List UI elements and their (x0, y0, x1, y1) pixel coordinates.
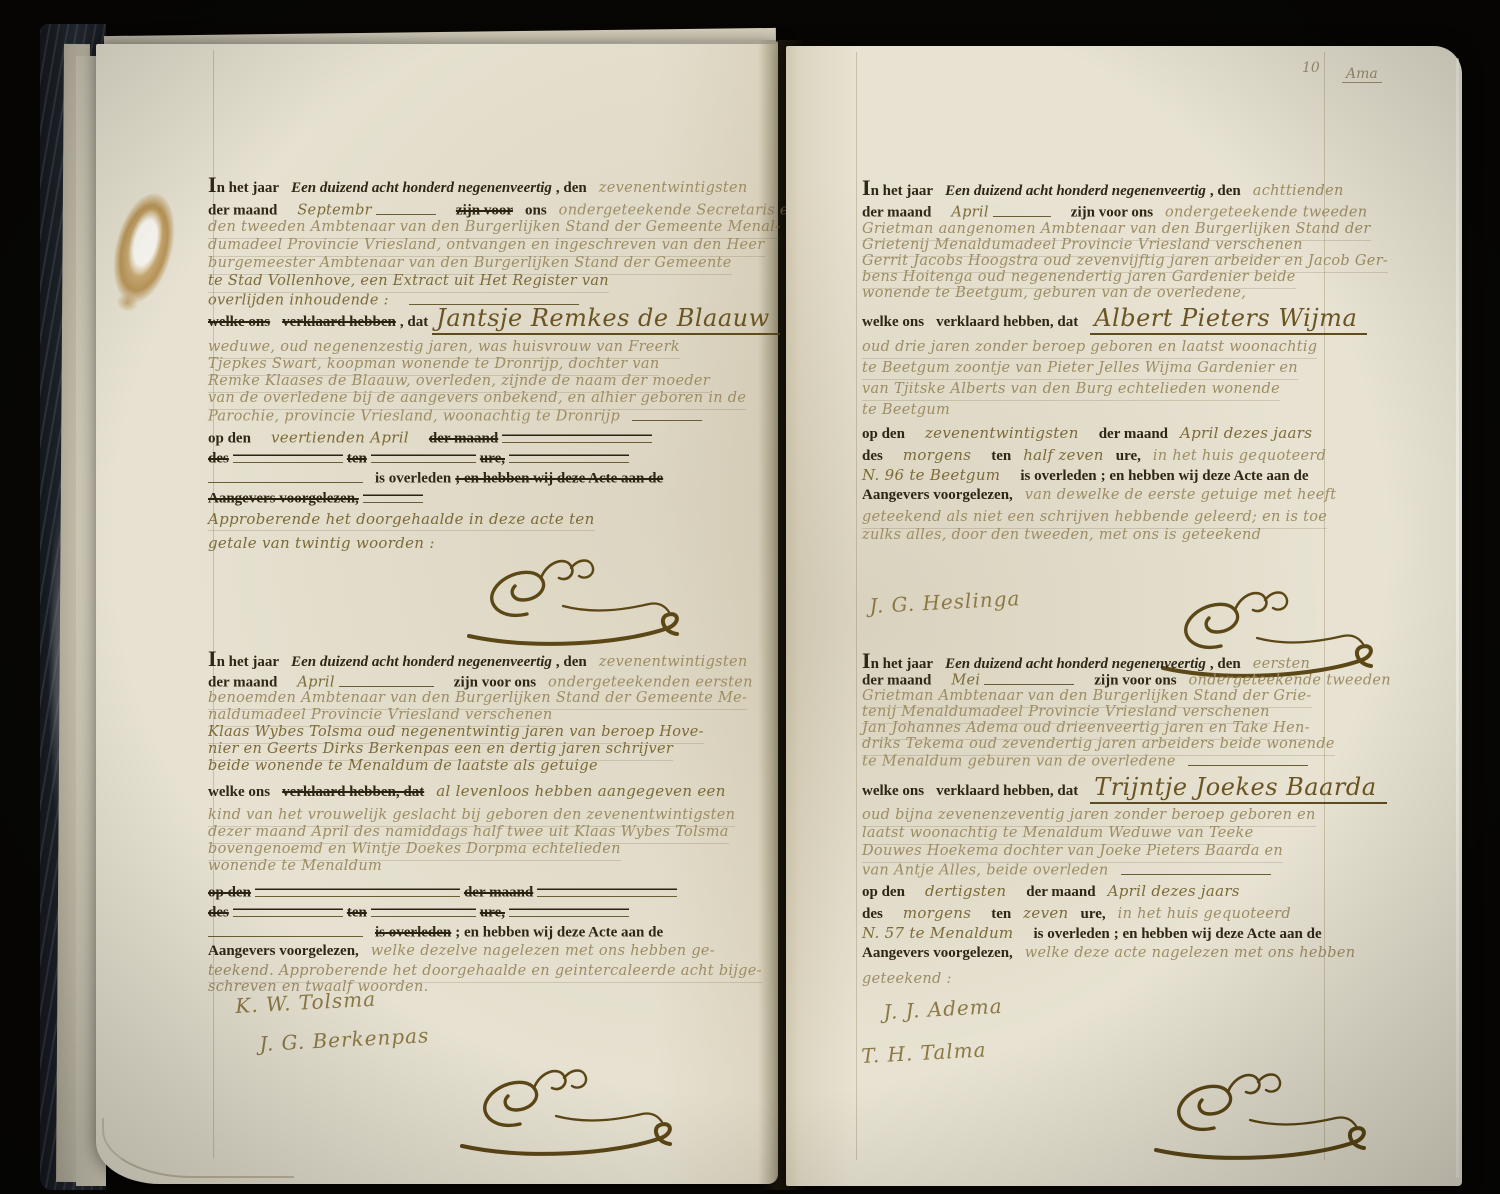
printed-aangevers-struck: Aangevers voorgelezen, (208, 491, 359, 507)
handwritten-line: Tjepkes Swart, koopman wonende te Dronri… (208, 356, 659, 372)
handwritten-death-date: veertienden April (271, 429, 409, 447)
handwritten-line: nier en Geerts Dirks Berkenpas een en de… (208, 741, 673, 757)
handwritten-death-day: zevenentwintigsten (925, 424, 1079, 442)
handwritten-day: zevenentwintigsten (599, 654, 748, 670)
handwritten-line: dezer maand April des namiddags half twe… (208, 824, 729, 840)
witness-signature: J. G. Berkenpas (259, 1023, 430, 1056)
printed-welke-struck: welke ons (208, 314, 270, 330)
handwritten-line: Remke Klaases de Blaauw, overleden, zijn… (208, 373, 710, 389)
printed-aangevers: Aangevers voorgelezen, (862, 945, 1013, 961)
printed-welke-ons: welke ons (208, 784, 270, 800)
handwritten-line: Grietman Ambtenaar van den Burgerlijken … (862, 688, 1312, 704)
printed-dat: , dat (400, 314, 428, 330)
printed-is-overleden: is overleden (1033, 926, 1109, 942)
printed-ons: ons (525, 203, 547, 219)
handwritten-line: bovengenoemd en Wintje Doekes Dorpma ech… (208, 841, 621, 857)
printed-welke-dat: welke ons (862, 783, 924, 799)
printed-in-het-jaar: In het jaar (862, 175, 933, 201)
handwritten-line: naldumadeel Provincie Vriesland verschen… (208, 707, 552, 723)
handwritten-line: Douwes Hoekema dochter van Joeke Pieters… (862, 843, 1283, 859)
printed-der-maand: der maand (862, 205, 931, 221)
printed-ten: ten (991, 906, 1011, 922)
handwritten-line: laatst woonachtig te Menaldum Weduwe van… (862, 825, 1254, 841)
handwritten-line: kind van het vrouwelijk geslacht bij geb… (208, 807, 735, 823)
handwritten-house-number: N. 57 te Menaldum (862, 924, 1013, 942)
blank-rule-struck (371, 448, 476, 463)
ink-stain (103, 187, 184, 309)
printed-ten-struck: ten (347, 451, 367, 467)
blank-rule (208, 468, 363, 483)
handwritten-closing: geteekend : (862, 971, 952, 987)
handwritten-line: te Stad Vollenhove, een Extract uit Het … (208, 273, 609, 289)
right-page: 10 Ama In het jaar Een duizend acht hond… (786, 46, 1462, 1186)
handwritten-death-month: April dezes jaars (1180, 424, 1312, 442)
handwritten-line: beide wonende te Menaldum de laatste als… (208, 758, 598, 774)
blank-rule (208, 922, 363, 937)
handwritten-line: van de overledene bij de aangevers onbek… (208, 390, 746, 406)
handwritten-line: weduwe, oud negenenzestig jaren, was hui… (208, 339, 680, 355)
deceased-name: Albert Pieters Wijma (1090, 304, 1367, 335)
handwritten-month: April (951, 205, 988, 221)
blank-rule-struck (509, 902, 629, 917)
handwritten-house: in het huis gequoteerd (1153, 448, 1326, 464)
handwritten-line: Jan Johannes Adema oud drieenveertig jar… (862, 720, 1310, 736)
printed-ure-struck: ure, (480, 905, 505, 921)
printed-des-struck: des (208, 905, 229, 921)
handwritten-line: Gerrit Jacobs Hoogstra oud zevenvijftig … (862, 253, 1388, 269)
printed-welke-dat: welke ons (862, 314, 924, 330)
folio-mark: Ama (1342, 66, 1382, 83)
handwritten-house: in het huis gequoteerd (1118, 906, 1291, 922)
handwritten-death-day: dertigsten (925, 882, 1006, 900)
handwritten-line: oud drie jaren zonder beroep geboren en … (862, 339, 1317, 355)
printed-der-maand: der maand (1026, 884, 1095, 900)
handwritten-day: zevenentwintigsten (599, 180, 748, 196)
official-signature-flourish (1150, 1068, 1365, 1163)
printed-zijn-voor-ons: zijn voor ons (1071, 205, 1153, 221)
folio-number: 10 (1302, 60, 1320, 76)
handwritten-closing: geteekend als niet een schrijven hebbend… (862, 509, 1327, 525)
printed-en-hebben-struck: ; en hebben wij deze Acte aan de (455, 471, 663, 487)
printed-der-maand-struck: der maand (429, 431, 498, 447)
printed-den: , den (556, 654, 587, 670)
blank-rule (632, 406, 702, 421)
handwritten-hour: half zeven (1023, 446, 1104, 464)
blank-rule-struck (371, 902, 476, 917)
page-edge-highlight (1456, 58, 1459, 1178)
official-signature-flourish (456, 1064, 671, 1159)
handwritten-line: driks Tekema oud zevendertig jaren arbei… (862, 736, 1335, 752)
printed-op-den: op den (208, 431, 251, 447)
handwritten-hour: zeven (1023, 904, 1068, 922)
printed-is-overleden: is overleden (375, 471, 451, 487)
handwritten-line: wonende te Menaldum (208, 858, 382, 874)
blank-rule-struck (233, 902, 343, 917)
handwritten-line: den tweeden Ambtenaar van den Burgerlijk… (208, 219, 780, 235)
page-curl (102, 1118, 294, 1178)
handwritten-line: te Menaldum geburen van de overledene (862, 754, 1176, 770)
handwritten-line: te Beetgum zoontje van Pieter Jelles Wij… (862, 360, 1298, 376)
handwritten-closing: Approberende het doorgehaalde in deze ac… (208, 510, 595, 528)
printed-en-hebben: ; en hebben wij deze Acte aan de (455, 925, 663, 941)
blank-rule-struck (363, 488, 423, 503)
printed-en-hebben: ; en hebben wij deze Acte aan de (1101, 468, 1309, 484)
printed-aangevers: Aangevers voorgelezen, (208, 943, 359, 959)
blank-rule (339, 672, 434, 687)
handwritten-closing: getale van twintig woorden : (208, 534, 435, 552)
printed-der-maand: der maand (208, 203, 277, 219)
witness-signature: J. G. Heslinga (869, 586, 1021, 618)
blank-rule (993, 202, 1051, 217)
printed-ten-struck: ten (347, 905, 367, 921)
printed-year: Een duizend acht honderd negenenveertig (945, 183, 1206, 199)
left-page: In het jaar Een duizend acht honderd neg… (96, 44, 778, 1184)
handwritten-line: Grietman aangenomen Ambtenaar van den Bu… (862, 221, 1371, 237)
printed-des-struck: des (208, 451, 229, 467)
handwritten-closing: teekend. Approberende het doorgehaalde e… (208, 963, 762, 979)
handwritten-after-ons: ondergeteekende tweeden (1165, 205, 1367, 221)
printed-den: , den (556, 180, 587, 196)
handwritten-after-aangevers: welke dezelve nagelezen met ons hebben g… (371, 943, 715, 959)
handwritten-line: wonende te Beetgum, geburen van de overl… (862, 285, 1246, 301)
printed-year: Een duizend acht honderd negenenveertig (291, 180, 552, 196)
handwritten-line: oud bijna zevenenzeventig jaren zonder b… (862, 807, 1316, 823)
blank-rule (984, 670, 1074, 685)
printed-des: des (862, 448, 883, 464)
printed-ure: ure, (1116, 448, 1141, 464)
margin-rule (856, 52, 857, 1160)
printed-in-het-jaar: In het jaar (208, 172, 279, 198)
blank-rule-struck (502, 428, 652, 443)
handwritten-des: morgens (903, 446, 971, 464)
printed-is-overleden-struck: is overleden (375, 925, 451, 941)
printed-ure-struck: ure, (480, 451, 505, 467)
handwritten-after-aangevers: welke deze acte nagelezen met ons hebben (1025, 945, 1356, 961)
handwritten-house-number: N. 96 te Beetgum (862, 466, 1000, 484)
handwritten-line: Grietenij Menaldumadeel Provincie Vriesl… (862, 237, 1303, 253)
blank-rule-struck (233, 448, 343, 463)
printed-ure: ure, (1081, 906, 1106, 922)
book-photo: In het jaar Een duizend acht honderd neg… (0, 0, 1500, 1194)
handwritten-line: Klaas Wybes Tolsma oud negenentwintig ja… (208, 724, 704, 740)
deceased-name: Trijntje Joekes Baarda (1090, 773, 1386, 804)
blank-rule-struck (255, 882, 460, 897)
handwritten-line: Parochie, provincie Vriesland, woonachti… (208, 409, 620, 425)
witness-signature: T. H. Talma (861, 1037, 987, 1068)
printed-verklaard-dat-struck: verklaard hebben, dat (282, 784, 424, 800)
handwritten-day: achttienden (1253, 183, 1344, 199)
printed-year: Een duizend acht honderd negenenveertig (291, 654, 552, 670)
printed-den: , den (1210, 183, 1241, 199)
witness-signature: J. J. Adema (883, 994, 1003, 1024)
handwritten-death-month: April dezes jaars (1108, 882, 1240, 900)
printed-en-hebben: ; en hebben wij deze Acte aan de (1114, 926, 1322, 942)
printed-verklaard-dat: verklaard hebben, dat (936, 314, 1078, 330)
handwritten-des: morgens (903, 904, 971, 922)
handwritten-after-aangevers: van dewelke de eerste getuige met heeft (1025, 487, 1337, 503)
handwritten-closing: zulks alles, door den tweeden, met ons i… (862, 527, 1261, 543)
handwritten-month: Septembr (297, 203, 372, 219)
blank-rule (409, 290, 579, 305)
printed-verklaard-struck: verklaard hebben (282, 314, 396, 330)
printed-der-maand-struck: der maand (464, 885, 533, 901)
printed-is-overleden: is overleden (1020, 468, 1096, 484)
handwritten-line: bens Hoitenga oud negenendertig jaren Ga… (862, 269, 1296, 285)
printed-op-den: op den (862, 426, 905, 442)
printed-der-maand: der maand (1099, 426, 1168, 442)
official-signature-flourish (463, 554, 678, 649)
blank-rule (376, 200, 436, 215)
handwritten-line: dumadeel Provincie Vriesland, ontvangen … (208, 237, 765, 253)
printed-ten: ten (991, 448, 1011, 464)
blank-rule (1188, 751, 1308, 766)
handwritten-line: van Tjitske Alberts van den Burg echteli… (862, 381, 1280, 397)
printed-op-den-struck: op den (208, 885, 251, 901)
blank-rule-struck (537, 882, 677, 897)
handwritten-line: benoemden Ambtenaar van den Burgerlijken… (208, 690, 747, 706)
handwritten-line: tenij Menaldumadeel Provincie Vriesland … (862, 704, 1270, 720)
handwritten-line: van Antje Alles, beide overleden (862, 863, 1109, 879)
printed-op-den: op den (862, 884, 905, 900)
printed-zijn-voor-struck: zijn voor (456, 203, 513, 219)
printed-verklaard-dat: verklaard hebben, dat (936, 783, 1078, 799)
handwritten-line: te Beetgum (862, 402, 950, 418)
handwritten-declaration: al levenloos hebben aangegeven een (436, 782, 725, 800)
printed-in-het-jaar: In het jaar (208, 646, 279, 672)
deceased-name: Jantsje Remkes de Blaauw (432, 304, 779, 335)
blank-rule (1121, 860, 1271, 875)
blank-rule-struck (509, 448, 629, 463)
handwritten-line: burgemeester Ambtenaar van den Burgerlij… (208, 255, 732, 271)
printed-des: des (862, 906, 883, 922)
printed-aangevers: Aangevers voorgelezen, (862, 487, 1013, 503)
